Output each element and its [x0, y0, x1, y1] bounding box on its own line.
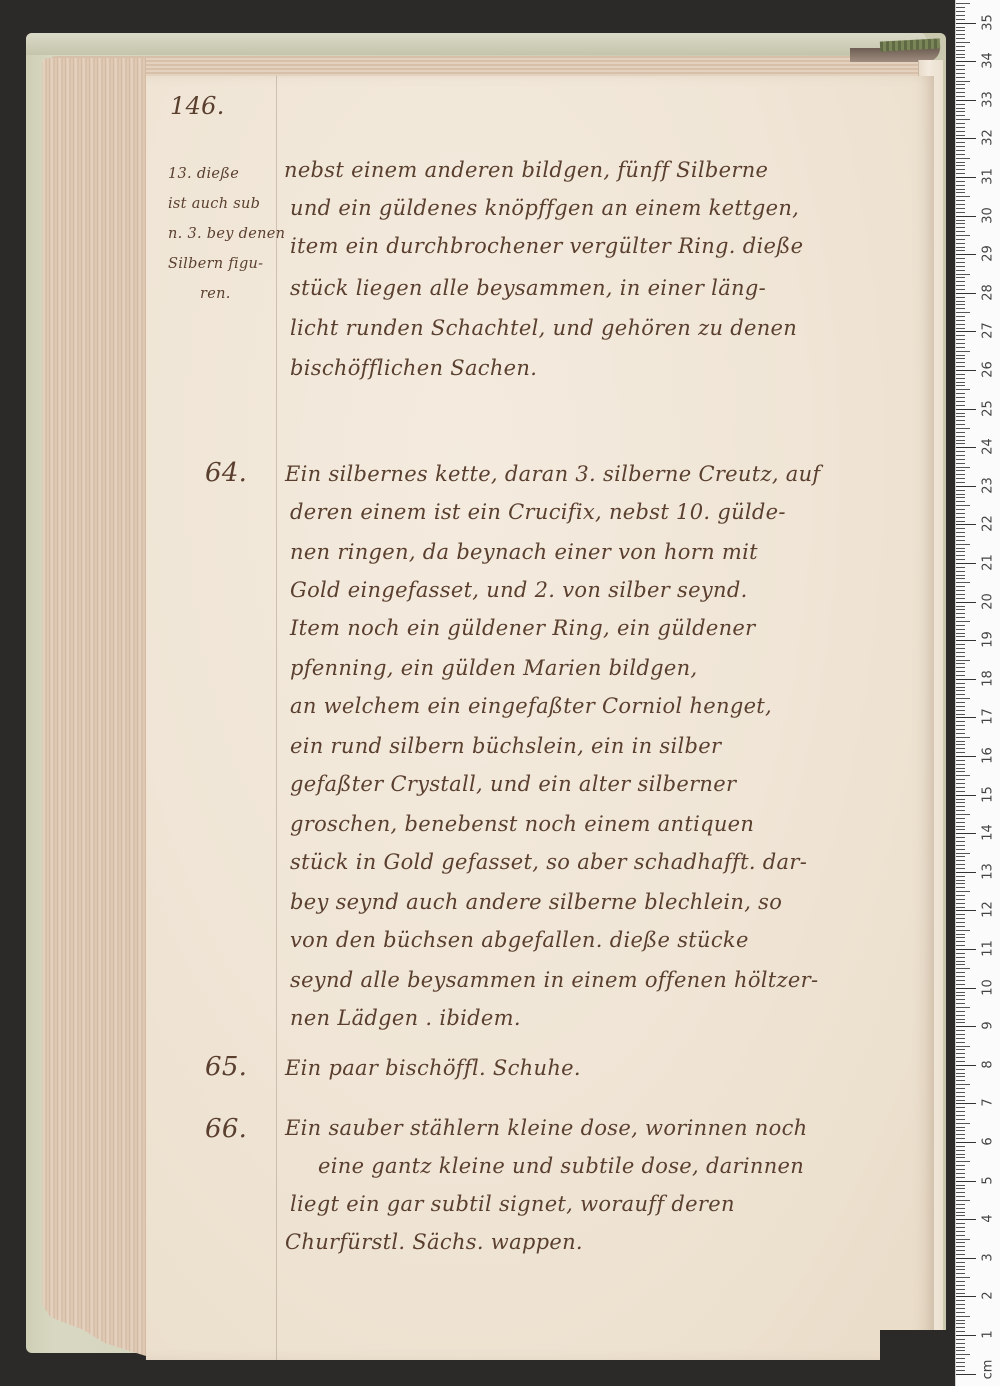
ruler-tick [956, 1366, 965, 1367]
ruler-tick [956, 810, 965, 811]
ruler-tick [956, 1331, 965, 1332]
ruler-tick [956, 972, 965, 973]
ruler-tick [956, 258, 965, 259]
ruler-tick [956, 1165, 965, 1166]
ruler-tick [956, 1088, 965, 1089]
ruler-tick [956, 1123, 970, 1124]
entry-line: an welchem ein eingefaßter Corniol henge… [290, 694, 772, 718]
ruler-tick [956, 1354, 970, 1355]
ruler-tick [956, 254, 976, 255]
ruler-tick [956, 621, 970, 622]
ruler-tick [956, 1300, 965, 1301]
ruler-cm-label: 2 [981, 1286, 996, 1306]
ruler-tick [956, 227, 965, 228]
ruler-tick [956, 293, 976, 294]
ruler-tick [956, 281, 965, 282]
ruler-tick [956, 1103, 976, 1104]
ruler-tick [956, 548, 965, 549]
ruler-tick [956, 432, 965, 433]
ruler-tick [956, 984, 965, 985]
ruler-tick [956, 571, 965, 572]
ruler-tick [956, 100, 976, 101]
ruler-cm-label: 20 [981, 591, 996, 611]
ruler-tick [956, 841, 965, 842]
ruler-cm-label: 27 [981, 321, 996, 341]
ruler-tick [956, 845, 965, 846]
ruler-tick [956, 880, 965, 881]
ruler-tick [956, 764, 965, 765]
ruler-tick [956, 957, 965, 958]
ruler-tick [956, 239, 965, 240]
ruler-tick [956, 463, 965, 464]
ruler-tick [956, 609, 965, 610]
ruler-cm-label: 15 [981, 784, 996, 804]
ruler-tick [956, 517, 965, 518]
ruler-cm-label: 3 [981, 1247, 996, 1267]
ruler-tick [956, 1011, 965, 1012]
entry-line: item ein durchbrochener vergülter Ring. … [290, 234, 803, 258]
ruler-tick [956, 1242, 965, 1243]
entry-line: Ein sauber stählern kleine dose, worinne… [285, 1116, 807, 1140]
entry-line: nen Lädgen . ibidem. [290, 1006, 521, 1030]
ruler-tick [956, 436, 965, 437]
ruler-tick [956, 150, 965, 151]
ruler-tick [956, 470, 965, 471]
ruler-tick [956, 756, 976, 757]
ruler-tick [956, 189, 965, 190]
ruler-tick [956, 544, 970, 545]
ruler-cm-label: 1 [981, 1325, 996, 1345]
ruler-tick [956, 1115, 965, 1116]
ruler-tick [956, 1181, 976, 1182]
ruler-tick [956, 1134, 965, 1135]
ruler-tick [956, 1107, 965, 1108]
ruler-cm-label: 30 [981, 205, 996, 225]
ruler-tick [956, 1157, 965, 1158]
ruler-tick [956, 370, 976, 371]
ruler-tick [956, 1320, 965, 1321]
ruler-tick [956, 196, 970, 197]
ruler-tick [956, 787, 965, 788]
ruler-tick [956, 1096, 965, 1097]
ruler-tick [956, 1266, 965, 1267]
ruler-tick [956, 1293, 965, 1294]
ruler-tick [956, 1304, 965, 1305]
ruler-tick [956, 625, 965, 626]
ruler-tick [956, 1289, 965, 1290]
ruler-cm-label: 17 [981, 707, 996, 727]
ruler-tick [956, 617, 965, 618]
entry-line: licht runden Schachtel, und gehören zu d… [290, 316, 797, 340]
ruler-tick [956, 995, 965, 996]
ruler-tick [956, 451, 965, 452]
ruler-tick [956, 563, 976, 564]
ruler-tick [956, 335, 965, 336]
ruler-tick [956, 382, 965, 383]
ruler-tick [956, 555, 965, 556]
ruler-tick [956, 1316, 970, 1317]
ruler-tick [956, 1057, 965, 1058]
ruler-tick [956, 1073, 965, 1074]
ruler-tick [956, 964, 965, 965]
ruler-tick [956, 737, 970, 738]
ruler-tick [956, 795, 976, 796]
ruler-tick [956, 1370, 965, 1371]
ruler-tick [956, 752, 965, 753]
ruler-tick [956, 999, 965, 1000]
ruler-tick [956, 50, 965, 51]
ruler-cm-label: 9 [981, 1016, 996, 1036]
ruler-tick [956, 1003, 965, 1004]
ruler-tick [956, 667, 965, 668]
ruler-tick [956, 521, 965, 522]
ruler-tick [956, 613, 965, 614]
ruler-tick [956, 243, 965, 244]
ruler-tick [956, 876, 965, 877]
ruler-tick [956, 1374, 976, 1375]
ruler-tick [956, 54, 965, 55]
ruler-tick [956, 822, 965, 823]
ruler-tick [956, 714, 965, 715]
ruler-tick [956, 61, 976, 62]
ruler-cm-label: 5 [981, 1170, 996, 1190]
ruler-tick [956, 505, 970, 506]
ruler-tick [956, 540, 965, 541]
ruler-tick [956, 1150, 965, 1151]
ruler-tick [956, 34, 965, 35]
ruler-tick [956, 1154, 965, 1155]
ruler-tick [956, 1092, 965, 1093]
ruler-tick [956, 860, 965, 861]
ruler-tick [956, 1049, 965, 1050]
ruler-tick [956, 1219, 976, 1220]
ruler-tick [956, 127, 965, 128]
ruler-tick [956, 1019, 965, 1020]
ruler-tick [956, 501, 965, 502]
ruler-tick [956, 104, 965, 105]
ruler-tick [956, 46, 965, 47]
ruler-tick [956, 1327, 965, 1328]
ruler-tick [956, 262, 965, 263]
ruler-tick [956, 856, 965, 857]
ruler-tick [956, 165, 965, 166]
ruler-tick [956, 918, 965, 919]
ruler-tick [956, 771, 965, 772]
ruler-tick [956, 212, 965, 213]
ruler-cm-label: 11 [981, 939, 996, 959]
ruler-tick [956, 443, 965, 444]
ruler-tick [956, 204, 965, 205]
ruler-tick [956, 887, 965, 888]
ruler-cm-label: 25 [981, 398, 996, 418]
ruler-tick [956, 1235, 965, 1236]
entry-number: 66. [205, 1114, 247, 1144]
ruler-tick [956, 733, 965, 734]
ruler-tick [956, 633, 965, 634]
ruler-tick [956, 1281, 965, 1282]
ruler-tick [956, 679, 976, 680]
ruler-cm-label: 24 [981, 437, 996, 457]
ruler-tick [956, 910, 976, 911]
ruler-tick [956, 328, 965, 329]
ruler-tick [956, 177, 976, 178]
ruler-tick [956, 1223, 965, 1224]
ruler-tick [956, 976, 965, 977]
ruler-tick [956, 1076, 965, 1077]
ruler-tick [956, 216, 976, 217]
ruler-tick [956, 1042, 965, 1043]
ruler-tick [956, 374, 965, 375]
entry-line: Ein paar bischöffl. Schuhe. [285, 1056, 581, 1080]
ruler-tick [956, 192, 965, 193]
ruler-tick [956, 312, 970, 313]
ruler-tick [956, 937, 965, 938]
ruler-tick [956, 883, 965, 884]
entry-line: pfenning, ein gülden Marien bildgen, [290, 656, 697, 680]
ruler-tick [956, 1030, 965, 1031]
ruler-tick [956, 636, 965, 637]
ruler-tick [956, 7, 965, 8]
ruler-tick [956, 663, 965, 664]
ruler-tick [956, 266, 965, 267]
ruler-cm-label: 10 [981, 977, 996, 997]
ruler-tick [956, 891, 970, 892]
ruler-tick [956, 1185, 965, 1186]
ruler-tick [956, 478, 965, 479]
ruler-tick [956, 1227, 965, 1228]
ruler-tick [956, 791, 965, 792]
ruler-cm-label: 22 [981, 514, 996, 534]
ruler-tick [956, 440, 965, 441]
ruler-tick [956, 15, 965, 16]
ruler-tick [956, 467, 970, 468]
entry-line: gefaßter Crystall, und ein alter silbern… [290, 772, 736, 796]
margin-note-line: Silbern figu- [168, 256, 263, 272]
ruler-tick [956, 355, 965, 356]
ruler-cm-label: 31 [981, 167, 996, 187]
ruler-tick [956, 131, 965, 132]
ruler-tick [956, 775, 970, 776]
ruler-tick [956, 482, 965, 483]
ruler-tick [956, 366, 965, 367]
ruler-tick [956, 181, 965, 182]
entry-line: nen ringen, da beynach einer von horn mi… [290, 540, 758, 564]
ruler-tick [956, 1119, 965, 1120]
ruler-tick [956, 895, 965, 896]
ruler-tick [956, 1142, 976, 1143]
ruler-tick [956, 872, 976, 873]
ruler-tick [956, 119, 970, 120]
ruler-tick [956, 111, 965, 112]
ruler-tick [956, 702, 965, 703]
ruler-tick [956, 324, 965, 325]
ruler-tick [956, 490, 965, 491]
ruler-tick [956, 640, 976, 641]
ruler-tick [956, 274, 970, 275]
ruler-tick [956, 447, 976, 448]
entry-line: nebst einem anderen bildgen, fünff Silbe… [284, 158, 768, 182]
ruler-tick [956, 235, 970, 236]
ruler-tick [956, 343, 965, 344]
ruler-tick [956, 1212, 965, 1213]
ruler-tick [956, 1312, 965, 1313]
ruler-tick [956, 320, 965, 321]
ruler-tick [956, 289, 965, 290]
margin-note-line: ist auch sub [168, 196, 260, 212]
ruler-tick [956, 606, 965, 607]
ruler-tick [956, 405, 965, 406]
ruler-tick [956, 1111, 965, 1112]
ruler-tick [956, 814, 970, 815]
ruler-tick [956, 725, 965, 726]
ruler-tick [956, 1138, 965, 1139]
ruler-tick [956, 671, 965, 672]
ruler-tick [956, 721, 965, 722]
ruler-cm-label: 8 [981, 1054, 996, 1074]
ruler-tick [956, 459, 965, 460]
ruler-tick [956, 1188, 965, 1189]
ruler-tick [956, 818, 965, 819]
ruler-tick [956, 428, 970, 429]
ruler-tick [956, 162, 965, 163]
ruler-tick [956, 988, 976, 989]
ruler-tick [956, 23, 976, 24]
ruler-tick [956, 802, 965, 803]
ruler-tick [956, 223, 965, 224]
ruler-tick [956, 486, 976, 487]
ruler-tick [956, 30, 965, 31]
ruler-tick [956, 1343, 965, 1344]
ruler-tick [956, 1026, 976, 1027]
ruler-tick [956, 629, 965, 630]
ruler-tick [956, 949, 976, 950]
ruler-tick [956, 582, 970, 583]
ruler-tick [956, 38, 965, 39]
manuscript-scan: 146. 13. dieße ist auch sub n. 3. bey de… [0, 0, 1000, 1386]
ruler-tick [956, 853, 970, 854]
ruler-tick [956, 173, 965, 174]
ruler-cm-label: 28 [981, 282, 996, 302]
ruler-tick [956, 331, 976, 332]
ruler-tick [956, 277, 965, 278]
ruler-tick [956, 532, 965, 533]
ruler-tick [956, 779, 965, 780]
ruler-cm-label: 6 [981, 1132, 996, 1152]
ruler-tick [956, 1007, 970, 1008]
ruler-tick [956, 358, 965, 359]
ruler-tick [956, 1323, 965, 1324]
ruler-tick [956, 509, 965, 510]
ruler-tick [956, 941, 965, 942]
ruler-tick [956, 768, 965, 769]
entry-number: 65. [205, 1052, 247, 1082]
ruler-tick [956, 393, 965, 394]
ruler-cm-label: 21 [981, 553, 996, 573]
ruler-tick [956, 922, 965, 923]
ruler-cm-label: 34 [981, 51, 996, 71]
ruler-tick [956, 1173, 965, 1174]
ruler-tick [956, 914, 965, 915]
page-stack-top-edge [48, 56, 928, 76]
ruler-tick [956, 648, 965, 649]
ruler-tick [956, 1358, 965, 1359]
ruler-tick [956, 1100, 965, 1101]
ruler-tick [956, 123, 965, 124]
ruler-tick [956, 285, 965, 286]
ruler-tick [956, 416, 965, 417]
binding-top-edge [26, 33, 926, 55]
entry-line: liegt ein gar subtil signet, worauff der… [290, 1192, 735, 1216]
ruler-tick [956, 968, 970, 969]
ruler-tick [956, 108, 965, 109]
ruler-tick [956, 19, 965, 20]
ruler-tick [956, 57, 965, 58]
ruler-tick [956, 420, 965, 421]
ruler-tick [956, 1296, 976, 1297]
ruler-tick [956, 675, 965, 676]
ruler-cm-label: 14 [981, 823, 996, 843]
ruler-cm-label: 35 [981, 12, 996, 32]
ruler-tick [956, 992, 965, 993]
ruler-tick [956, 397, 965, 398]
ruler-tick [956, 154, 965, 155]
ruler-tick [956, 92, 965, 93]
ruler-tick [956, 837, 965, 838]
ruler-tick [956, 231, 965, 232]
ruler-tick [956, 687, 965, 688]
ruler-tick [956, 1161, 970, 1162]
ruler-tick [956, 88, 965, 89]
ruler-tick [956, 474, 965, 475]
entry-line: und ein güldenes knöpffgen an einem kett… [290, 196, 799, 220]
ruler-tick [956, 1022, 965, 1023]
ruler-tick [956, 934, 965, 935]
ruler-cm-label: 4 [981, 1209, 996, 1229]
ruler-tick [956, 926, 965, 927]
ruler-tick [956, 760, 965, 761]
ruler-tick [956, 1196, 965, 1197]
ruler-tick [956, 1339, 965, 1340]
ruler-tick [956, 11, 965, 12]
entry-line: seynd alle beysammen in einem offenen hö… [290, 968, 818, 992]
ruler-tick [956, 27, 965, 28]
entry-line: Ein silbernes kette, daran 3. silberne C… [285, 462, 821, 486]
ruler-tick [956, 308, 965, 309]
ruler-tick [956, 1254, 965, 1255]
ruler-cm-label: 16 [981, 746, 996, 766]
entry-number: 64. [205, 458, 247, 488]
ruler-cm-label: 26 [981, 360, 996, 380]
ruler-tick [956, 748, 965, 749]
ruler-tick [956, 1146, 965, 1147]
ruler-tick [956, 1347, 965, 1348]
ruler-tick [956, 455, 965, 456]
margin-note-line: ren. [200, 286, 231, 302]
ruler-cm-label: 32 [981, 128, 996, 148]
ruler-unit-label: cm [981, 1360, 996, 1380]
ruler-tick [956, 401, 965, 402]
ruler-cm-label: 13 [981, 861, 996, 881]
ruler-tick [956, 77, 965, 78]
ruler-tick [956, 590, 965, 591]
entry-line: bey seynd auch andere silberne blechlein… [290, 890, 782, 914]
ruler-tick [956, 1046, 970, 1047]
ruler-tick [956, 385, 965, 386]
ruler-tick [956, 208, 965, 209]
bottom-shadow [880, 1330, 950, 1360]
ruler-tick [956, 598, 965, 599]
ruler-tick [956, 65, 965, 66]
